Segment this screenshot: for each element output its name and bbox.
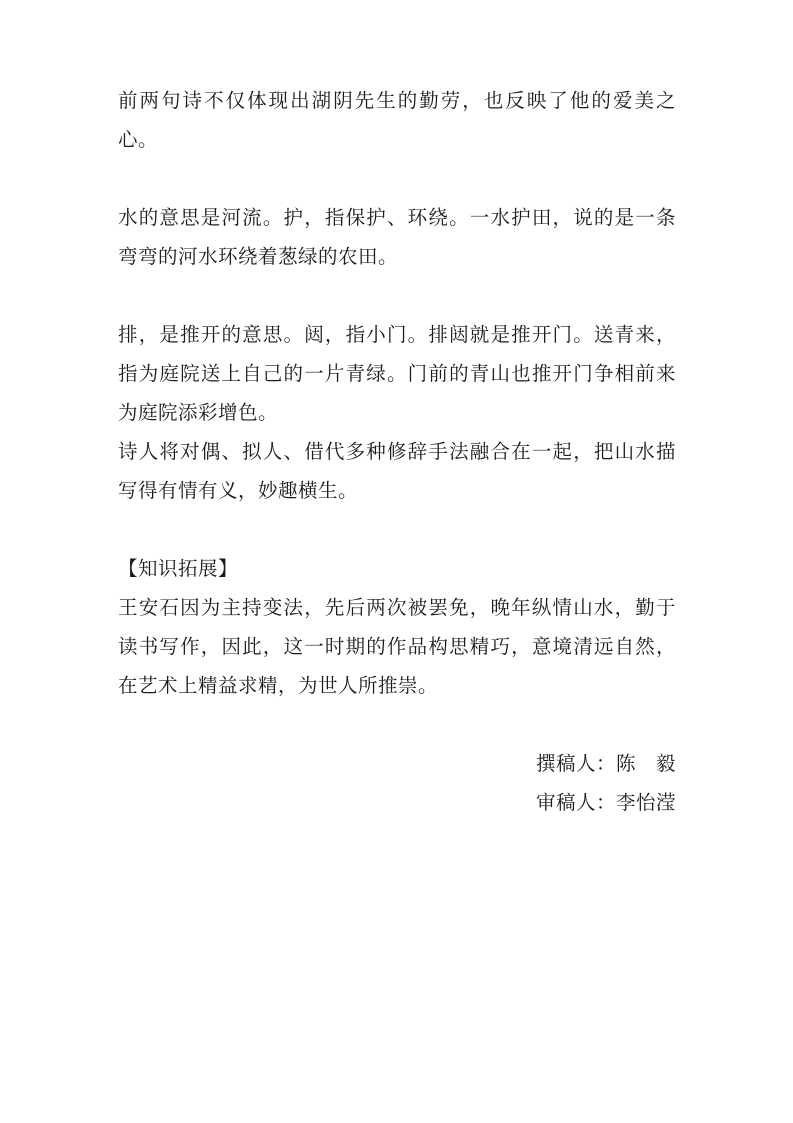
blank-line — [118, 706, 676, 745]
signature-reviewer: 审稿人：李怡滢 — [118, 784, 676, 823]
para-wang-anshi-background: 王安石因为主持变法，先后两次被罢免，晚年纵情山水，勤于读书写作，因此，这一时期的… — [118, 589, 676, 706]
para-first-two-lines-analysis: 前两句诗不仅体现出湖阴先生的勤劳，也反映了他的爱美之心。 — [118, 82, 676, 160]
para-paita-explanation: 排，是推开的意思。闼，指小门。排闼就是推开门。送青来，指为庭院送上自己的一片青绿… — [118, 316, 676, 433]
para-water-explanation: 水的意思是河流。护，指保护、环绕。一水护田，说的是一条弯弯的河水环绕着葱绿的农田… — [118, 199, 676, 277]
blank-line — [118, 511, 676, 550]
section-heading-knowledge-expansion: 【知识拓展】 — [118, 550, 676, 589]
signature-author: 撰稿人：陈 毅 — [118, 745, 676, 784]
document-page: 前两句诗不仅体现出湖阴先生的勤劳，也反映了他的爱美之心。 水的意思是河流。护，指… — [0, 0, 793, 1123]
blank-line — [118, 160, 676, 199]
document-body: 前两句诗不仅体现出湖阴先生的勤劳，也反映了他的爱美之心。 水的意思是河流。护，指… — [118, 82, 676, 823]
blank-line — [118, 277, 676, 316]
para-rhetoric-summary: 诗人将对偶、拟人、借代多种修辞手法融合在一起，把山水描写得有情有义，妙趣横生。 — [118, 433, 676, 511]
